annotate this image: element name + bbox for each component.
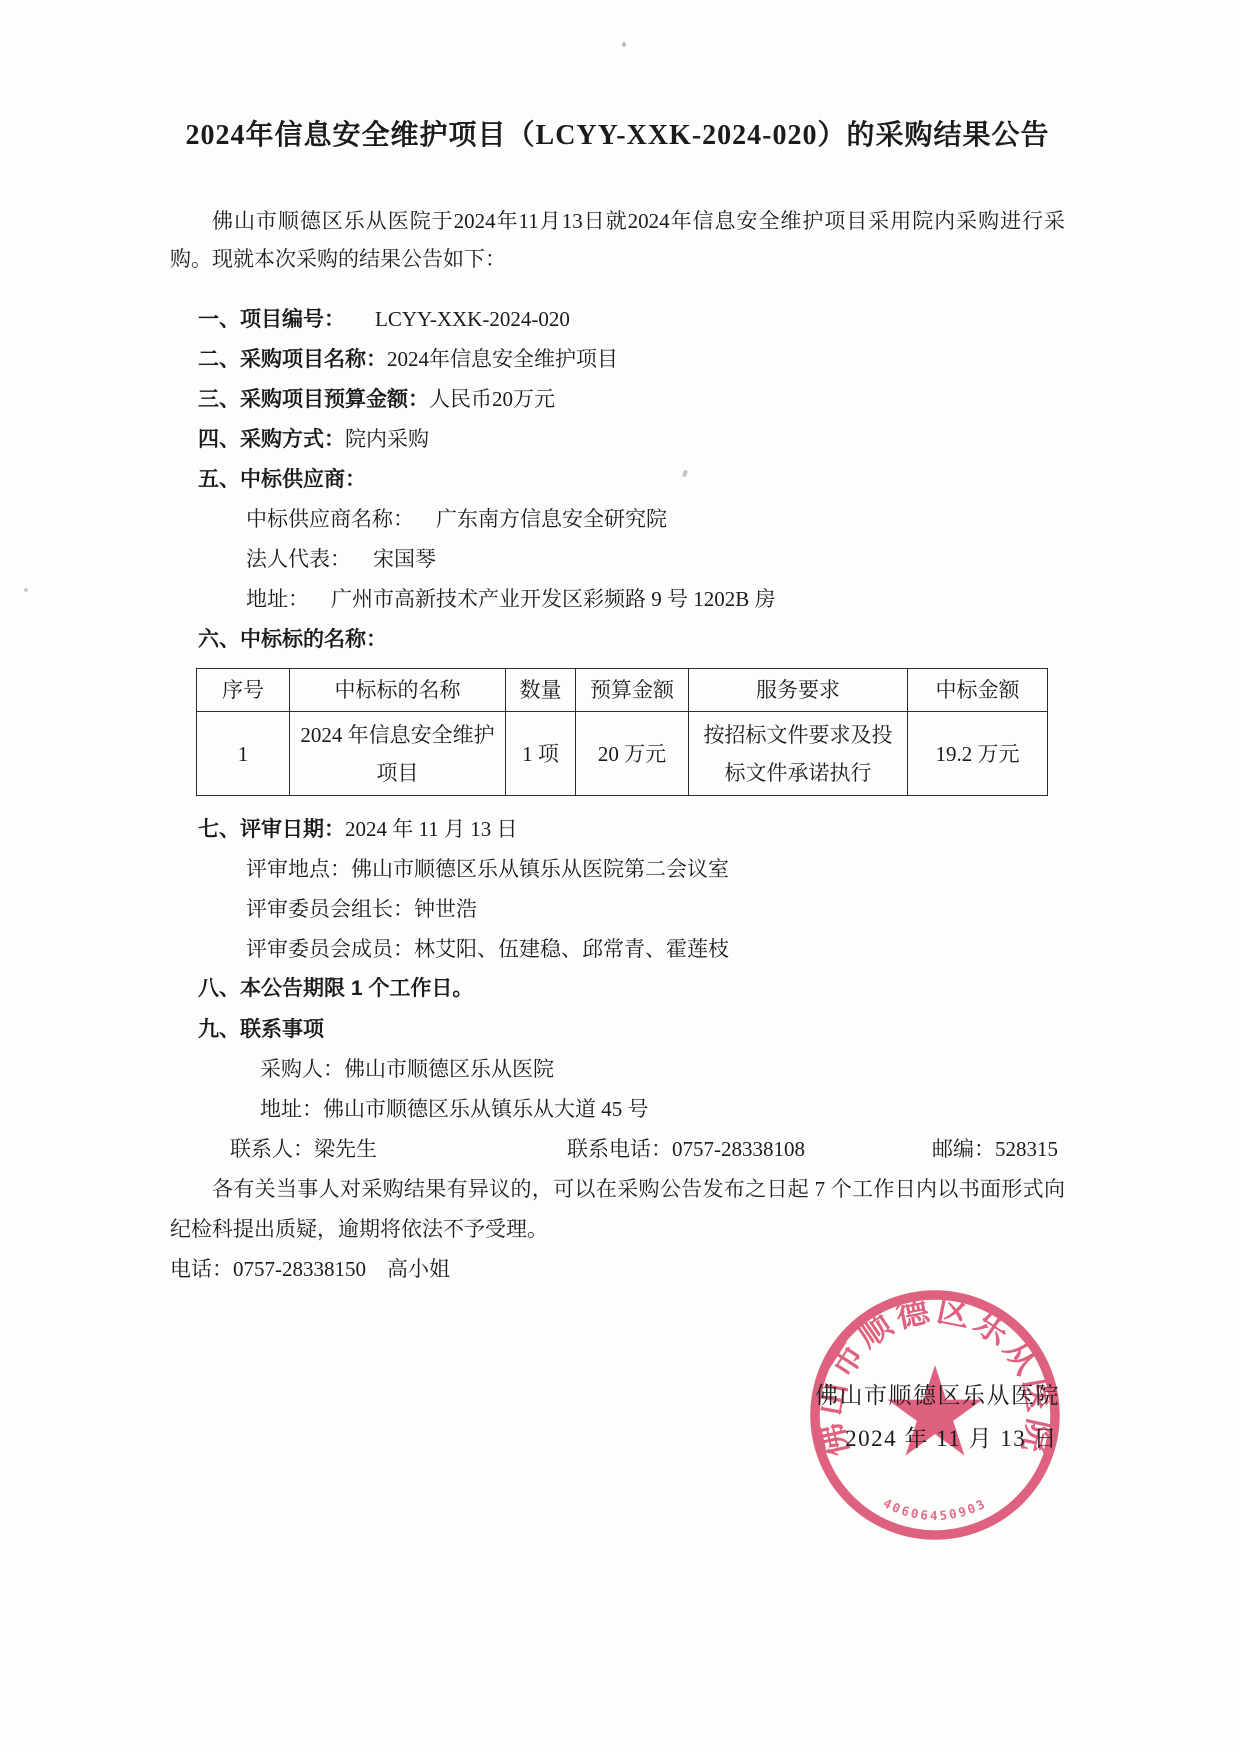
scan-speck [622, 42, 626, 47]
bid-result-table: 序号 中标标的名称 数量 预算金额 服务要求 中标金额 1 2024 年信息安全… [196, 668, 1048, 796]
buyer-line: 采购人：佛山市顺德区乐从医院 [170, 1049, 1065, 1089]
numbered-sections: 一、项目编号：LCYY-XXK-2024-020 二、采购项目名称：2024年信… [170, 299, 1065, 659]
signature-block: 佛山市顺德区乐从医院 2024 年 11 月 13 日 [700, 1374, 1060, 1460]
section-1-value: LCYY-XXK-2024-020 [375, 307, 570, 331]
col-header-amount: 中标金额 [908, 669, 1048, 712]
legal-representative-value: 宋国琴 [373, 547, 436, 571]
col-header-budget: 预算金额 [576, 669, 689, 712]
document-body: 2024年信息安全维护项目（LCYY-XXK-2024-020）的采购结果公告 … [170, 100, 1065, 1289]
section-4-method: 四、采购方式：院内采购 [170, 419, 1065, 459]
contact-info-row: 联系人：梁先生 联系电话：0757-28338108 邮编：528315 [170, 1129, 1065, 1169]
section-2-value: 2024年信息安全维护项目 [387, 347, 618, 371]
section-5-label: 五、中标供应商： [198, 468, 366, 491]
post-table-sections: 七、评审日期：2024 年 11 月 13 日 评审地点：佛山市顺德区乐从镇乐从… [170, 809, 1065, 1289]
cell-amount: 19.2 万元 [908, 712, 1048, 796]
section-4-label: 四、采购方式： [198, 428, 345, 451]
contact-phone: 联系电话：0757-28338108 [567, 1129, 805, 1169]
buyer-address-line: 地址：佛山市顺德区乐从镇乐从大道 45 号 [170, 1089, 1065, 1129]
legal-representative-line: 法人代表：宋国琴 [170, 539, 1065, 579]
section-6-label: 六、中标标的名称： [198, 628, 387, 651]
signature-org-name: 佛山市顺德区乐从医院 [700, 1374, 1060, 1417]
section-7-value: 2024 年 11 月 13 日 [345, 817, 517, 841]
supplier-address-line: 地址：广州市高新技术产业开发区彩频路 9 号 1202B 房 [170, 579, 1065, 619]
col-header-seq: 序号 [197, 669, 290, 712]
section-3-budget: 三、采购项目预算金额：人民币20万元 [170, 379, 1065, 419]
scan-speck [24, 588, 28, 592]
table-header-row: 序号 中标标的名称 数量 预算金额 服务要求 中标金额 [197, 669, 1048, 712]
review-members-line: 评审委员会成员：林艾阳、伍建稳、邱常青、霍莲枝 [170, 929, 1065, 969]
section-3-label: 三、采购项目预算金额： [198, 388, 429, 411]
supplier-name-label: 中标供应商名称： [246, 507, 414, 531]
document-title: 2024年信息安全维护项目（LCYY-XXK-2024-020）的采购结果公告 [170, 116, 1065, 156]
section-9-contact-heading: 九、联系事项 [170, 1009, 1065, 1049]
section-6-bid-heading: 六、中标标的名称： [170, 619, 1065, 659]
cell-service: 按招标文件要求及投标文件承诺执行 [689, 712, 908, 796]
contact-postcode: 邮编：528315 [932, 1129, 1058, 1169]
scanned-document-page: 2024年信息安全维护项目（LCYY-XXK-2024-020）的采购结果公告 … [0, 0, 1240, 1754]
section-9-label: 九、联系事项 [198, 1018, 324, 1041]
section-2-label: 二、采购项目名称： [198, 348, 387, 371]
section-2-project-name: 二、采购项目名称：2024年信息安全维护项目 [170, 339, 1065, 379]
cell-seq: 1 [197, 712, 290, 796]
supplier-name-line: 中标供应商名称：广东南方信息安全研究院 [170, 499, 1065, 539]
table-row: 1 2024 年信息安全维护项目 1 项 20 万元 按招标文件要求及投标文件承… [197, 712, 1048, 796]
review-leader-line: 评审委员会组长：钟世浩 [170, 889, 1065, 929]
cell-bid-name: 2024 年信息安全维护项目 [290, 712, 506, 796]
supplier-name-value: 广东南方信息安全研究院 [436, 507, 667, 531]
section-7-review-date: 七、评审日期：2024 年 11 月 13 日 [170, 809, 1065, 849]
col-header-service: 服务要求 [689, 669, 908, 712]
contact-person: 联系人：梁先生 [230, 1129, 377, 1169]
intro-paragraph: 佛山市顺德区乐从医院于2024年11月13日就2024年信息安全维护项目采用院内… [170, 202, 1065, 278]
supplier-address-label: 地址： [246, 587, 309, 611]
signature-date: 2024 年 11 月 13 日 [700, 1417, 1060, 1460]
objection-notice-paragraph: 各有关当事人对采购结果有异议的，可以在采购公告发布之日起 7 个工作日内以书面形… [170, 1169, 1065, 1249]
supplier-address-value: 广州市高新技术产业开发区彩频路 9 号 1202B 房 [331, 587, 776, 611]
section-7-label: 七、评审日期： [198, 818, 345, 841]
section-3-value: 人民币20万元 [429, 387, 555, 411]
section-4-value: 院内采购 [345, 427, 429, 451]
section-5-supplier-heading: 五、中标供应商： [170, 459, 1065, 499]
cell-budget: 20 万元 [576, 712, 689, 796]
section-1-label: 一、项目编号： [198, 308, 345, 331]
legal-representative-label: 法人代表： [246, 547, 351, 571]
section-8-notice-period: 八、本公告期限 1 个工作日。 [170, 969, 1065, 1009]
col-header-bid-name: 中标标的名称 [290, 669, 506, 712]
section-1-project-number: 一、项目编号：LCYY-XXK-2024-020 [170, 299, 1065, 339]
review-place-line: 评审地点：佛山市顺德区乐从镇乐从医院第二会议室 [170, 849, 1065, 889]
col-header-qty: 数量 [506, 669, 576, 712]
cell-qty: 1 项 [506, 712, 576, 796]
